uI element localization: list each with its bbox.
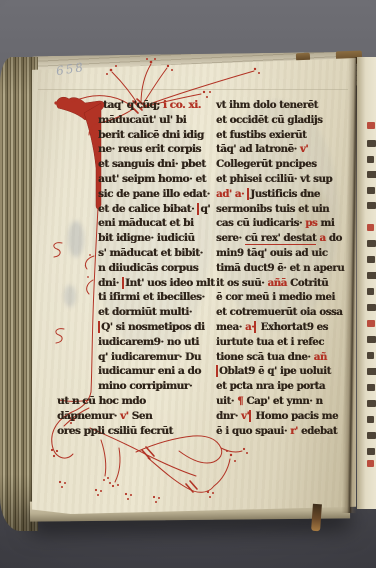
body-text: berit calicē dni idig (98, 129, 204, 141)
body-text: bit idigne· iudiciū (98, 232, 195, 244)
body-text: uit· (216, 395, 237, 407)
facing-page-text-fragment (367, 224, 374, 231)
text-line: mino corripimur· (57, 379, 210, 394)
rubric-text: i co. xi. (160, 99, 201, 111)
text-line: et fustibs exierūt (216, 128, 340, 143)
body-text: ē cor meū i medio mei (216, 291, 335, 303)
body-text: et de calice bibat· (98, 203, 197, 215)
body-text: sere· (216, 232, 245, 244)
text-line: Collegerūt pncipes (216, 157, 340, 172)
facing-page-text-fragment (367, 336, 376, 343)
text-line: it os suū· añā Cotritū (216, 276, 340, 291)
body-text: n diiudicās corpus (98, 262, 198, 274)
body-text: ē i quo spaui· (216, 425, 290, 437)
text-line: Oblat9 ē q' ipe uoluit (216, 364, 340, 379)
ruling-line (38, 89, 348, 90)
rubric-text: v' (241, 410, 249, 422)
facing-page-text-fragment (367, 272, 376, 279)
body-text: iurtute tua et i refec (216, 336, 324, 348)
text-line: iudicamur eni a do (57, 364, 210, 379)
facing-page-text-fragment (367, 288, 374, 295)
body-text: māducaūt' ul' bi (98, 114, 186, 126)
text-line: et occidēt cū gladijs (216, 113, 340, 128)
rubric-text: a· (245, 321, 254, 333)
facing-page-text-fragment (367, 416, 374, 423)
facing-page-text-fragment (367, 368, 376, 375)
text-line: et dormiūt multi· (57, 305, 210, 320)
body-text: edebat (298, 425, 337, 437)
text-line: et pcta nra ipe porta (216, 379, 340, 394)
text-line: tāq' ad latronē· v' (216, 142, 340, 157)
body-text: ne· reus erit corpis (98, 143, 201, 155)
body-text: cas cū iudicaris· (216, 217, 305, 229)
facing-page-text-fragment (367, 256, 375, 263)
text-line: n diiudicās corpus (57, 261, 210, 276)
body-text: do (326, 232, 342, 244)
rubric-text: a (316, 232, 325, 244)
text-line: min9 tāq' ouis ad uic (216, 246, 340, 261)
rubric-text: ad' a· (216, 188, 247, 200)
facing-page-sliver (357, 57, 376, 509)
text-line: bit idigne· iudiciū (57, 231, 210, 246)
body-text: it os suū· (216, 277, 267, 289)
body-text: cū rex' destat (245, 232, 317, 245)
text-line: māducaūt' ul' bi (57, 113, 210, 128)
photo-scene: 658 taq' q'cūq; i co. xi.māducaūt' ul' b… (0, 0, 376, 568)
body-text: sermonibs tuis et uin (216, 203, 329, 215)
facing-page-text-fragment (367, 384, 375, 391)
text-line: taq' q'cūq; i co. xi. (57, 98, 210, 113)
body-text: dni· (98, 277, 122, 289)
facing-page-text-fragment (367, 448, 375, 455)
body-text: min9 tāq' ouis ad uic (216, 247, 328, 259)
body-text: iudicamur eni a do (98, 365, 201, 377)
body-text: Cotritū (287, 277, 328, 289)
body-text: vt ihm dolo tenerēt (216, 99, 318, 111)
text-line: timā duct9 ē· et n aperu (216, 261, 340, 276)
rubric-text: ¶ (237, 395, 246, 407)
body-text: ti ifirmi et ibecilles· (98, 291, 205, 303)
facing-page-text-fragment (367, 352, 374, 359)
rubric-text: añā (267, 277, 286, 289)
rubric-text: r' (290, 425, 298, 437)
body-text: Oblat9 ē q' ipe uoluit (216, 365, 331, 377)
body-text: Justificis dne (247, 188, 320, 200)
body-text: q' iudicaremur· Du (98, 351, 201, 363)
body-text: sic de pane illo edat· (98, 188, 210, 200)
body-text: et cotremuerūt oia ossa (216, 306, 342, 318)
text-line: Q' si nosmetipos di (57, 320, 210, 335)
facing-page-text-fragment (367, 202, 376, 209)
facing-page-text-fragment (367, 187, 375, 194)
manuscript-book: 658 taq' q'cūq; i co. xi.māducaūt' ul' b… (0, 0, 376, 568)
body-text: ores ppli csiliū fecrūt (57, 425, 173, 437)
text-line: sic de pane illo edat· (57, 187, 210, 202)
text-line: ne· reus erit corpis (57, 142, 210, 157)
text-line: sermonibs tuis et uin (216, 202, 340, 217)
facing-page-text-fragment (367, 460, 374, 467)
text-line: eni māducat et bi (57, 216, 210, 231)
body-text: dāpnemur· (57, 410, 120, 422)
rubric-text: ps (305, 217, 317, 229)
body-text: Collegerūt pncipes (216, 158, 317, 170)
text-line: uit· ¶ Cap' et ymn· n (216, 394, 340, 409)
body-text: Sen (128, 410, 152, 422)
facing-page-text-fragment (367, 304, 376, 311)
rubric-text: añ (314, 351, 327, 363)
text-line: et cotremuerūt oia ossa (216, 305, 340, 320)
body-text: mino corripimur· (98, 380, 192, 392)
body-text: Q' si nosmetipos di (98, 321, 205, 333)
facing-page-text-fragment (367, 320, 375, 327)
text-line: dnr· v' Homo pacis me (216, 409, 340, 424)
text-line: sere· cū rex' destat a do (216, 231, 340, 246)
text-line: et sanguis dni· pbet (57, 157, 210, 172)
body-text: Homo pacis me (249, 410, 338, 422)
body-text: mi (317, 217, 334, 229)
body-text: taq' q'cūq; (103, 99, 160, 111)
text-line: mea· a· Exhortat9 es (216, 320, 340, 335)
body-text: Int' uos ideo mlt (122, 277, 214, 289)
body-text: q' (197, 203, 210, 215)
body-text: mea· (216, 321, 245, 333)
body-text: Cap' et ymn· n (246, 395, 322, 407)
body-text: et dormiūt multi· (98, 306, 192, 318)
text-line: ores ppli csiliū fecrūt (57, 424, 210, 439)
text-line: ē cor meū i medio mei (216, 290, 340, 305)
facing-page-text-fragment (367, 432, 376, 439)
body-text: et occidēt cū gladijs (216, 114, 322, 126)
text-line: tione scā tua dne· añ (216, 350, 340, 365)
facing-page-text-fragment (367, 400, 376, 407)
body-text: ut n cū hoc mdo (57, 395, 146, 407)
text-line: vt ihm dolo tenerēt (216, 98, 340, 113)
facing-page-text-fragment (367, 240, 376, 247)
body-text: timā duct9 ē· et n aperu (216, 262, 344, 274)
text-line: iudicarem9· no uti (57, 335, 210, 350)
body-text: tāq' ad latronē· (216, 143, 300, 155)
text-line: dni· Int' uos ideo mlt (57, 276, 210, 291)
body-text: et fustibs exierūt (216, 129, 306, 141)
body-text: et sanguis dni· pbet (98, 158, 206, 170)
body-text: et pcta nra ipe porta (216, 380, 325, 392)
facing-page-text-fragment (367, 122, 375, 129)
facing-page-text-fragment (367, 171, 376, 178)
text-column-right: vt ihm dolo tenerētet occidēt cū gladijs… (216, 98, 340, 438)
body-text: et phisei cciliū· vt sup (216, 173, 332, 185)
text-line: ē i quo spaui· r' edebat (216, 424, 340, 439)
text-line: ad' a· Justificis dne (216, 187, 340, 202)
facing-page-text-fragment (367, 156, 374, 163)
facing-page-text-fragment (367, 140, 376, 147)
bookmark-tab (311, 504, 322, 532)
text-line: q' iudicaremur· Du (57, 350, 210, 365)
text-line: ti ifirmi et ibecilles· (57, 290, 210, 305)
body-text: tione scā tua dne· (216, 351, 314, 363)
body-text: dnr· (216, 410, 241, 422)
text-column-left: taq' q'cūq; i co. xi.māducaūt' ul' biber… (57, 98, 210, 438)
rubric-text: v' (300, 143, 308, 155)
body-text: iudicarem9· no uti (98, 336, 199, 348)
text-line: et phisei cciliū· vt sup (216, 172, 340, 187)
text-line: ut n cū hoc mdo (57, 394, 210, 409)
body-text: aut' seipm homo· et (98, 173, 206, 185)
body-text: eni māducat et bi (98, 217, 194, 229)
body-text: s' māducat et bibit· (98, 247, 203, 259)
text-line: s' māducat et bibit· (57, 246, 210, 261)
text-line: et de calice bibat· q' (57, 202, 210, 217)
body-text: Exhortat9 es (254, 321, 328, 333)
text-line: berit calicē dni idig (57, 128, 210, 143)
text-line: dāpnemur· v' Sen (57, 409, 210, 424)
text-line: iurtute tua et i refec (216, 335, 340, 350)
text-line: aut' seipm homo· et (57, 172, 210, 187)
text-line: cas cū iudicaris· ps mi (216, 216, 340, 231)
